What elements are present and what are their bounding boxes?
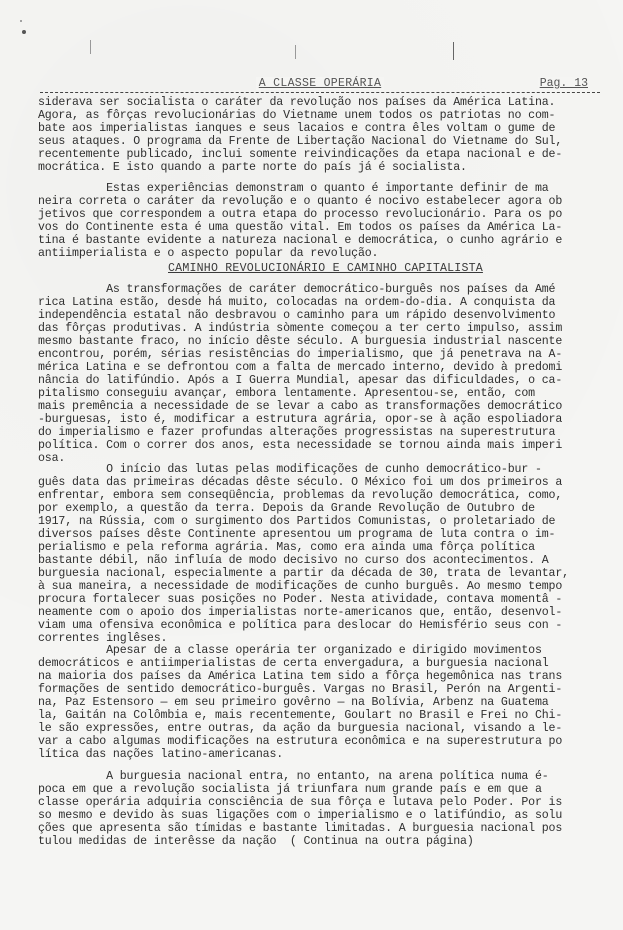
document-page: A CLASSE OPERÁRIA Pag. 13 siderava ser s…	[0, 0, 623, 930]
text-line: 1917, na Rússia, com o surgimento dos Pa…	[38, 515, 555, 528]
text-line: enfrentar, embora sem conseqüência, prob…	[38, 489, 562, 502]
text-line: A burguesia nacional entra, no entanto, …	[38, 770, 549, 783]
text-line: lítica das nações latino-americanas.	[38, 748, 283, 761]
text-line: guês data das primeiras décadas dêste sé…	[38, 476, 562, 489]
text-line: -burguesas, isto é, modificar a estrutur…	[38, 413, 562, 426]
text-line: por exemplo, a questão da terra. Depois …	[38, 502, 535, 515]
text-line: jetivos que correspondem a outra etapa d…	[38, 208, 562, 221]
text-line: As transformações de caráter democrático…	[38, 283, 555, 296]
text-line: à sua maneira, a necessidade de modifica…	[38, 580, 562, 593]
text-line: democráticos e antiimperialistas de cert…	[38, 657, 549, 670]
publication-title: A CLASSE OPERÁRIA	[256, 77, 384, 90]
text-line: mérica Latina e se defrontou com a falta…	[38, 361, 562, 374]
text-line: independência estatal não desbravou o ca…	[38, 309, 555, 322]
text-line: Estas experiências demonstram o quanto é…	[38, 182, 549, 195]
text-line: bastante débil, não influía de modo deci…	[38, 554, 549, 567]
text-line: procura fortalecer suas posições no Pode…	[38, 593, 562, 606]
text-line: Agora, as fôrças revolucionárias do Viet…	[38, 109, 555, 122]
text-line: na maioria dos países da América Latina …	[38, 670, 562, 683]
header-rule	[40, 92, 600, 93]
scan-mark	[295, 45, 296, 59]
text-line: poca em que a revolução socialista já tr…	[38, 783, 542, 796]
text-line: mesmo bastante fraco, no início dêste sé…	[38, 335, 562, 348]
text-line: pitalismo conseguiu avançar, embora lent…	[38, 387, 535, 400]
scan-mark	[90, 40, 91, 54]
page-header: A CLASSE OPERÁRIA Pag. 13	[40, 80, 600, 96]
text-line: das fôrças produtivas. A indústria sòmen…	[38, 322, 562, 335]
text-line: seus ataques. O programa da Frente de Li…	[38, 135, 562, 148]
text-line: neira correta o caráter da revolução e o…	[38, 195, 562, 208]
text-line: la, Gaitán na Colômbia e, mais recenteme…	[38, 709, 562, 722]
text-line: classe operária adquiria consciência de …	[38, 796, 562, 809]
text-line: perialismo e pela reforma agrária. Mas, …	[38, 541, 535, 554]
text-line: mais premência a necessidade de se levar…	[38, 400, 562, 413]
text-line: mocrática. E isto quando a parte norte d…	[38, 161, 467, 174]
text-line: Apesar de a classe operária ter organiza…	[38, 644, 542, 657]
scan-speck	[22, 30, 26, 34]
text-line: viam uma ofensiva econômica e política p…	[38, 619, 562, 632]
page-number: Pag. 13	[538, 77, 590, 90]
text-line: recentemente publicado, inclui somente r…	[38, 148, 562, 161]
text-line: do imperialismo e fazer profundas altera…	[38, 426, 555, 439]
text-line: tina é bastante evidente a natureza naci…	[38, 234, 562, 247]
text-line: tulou medidas de interêsse da nação ( Co…	[38, 835, 474, 848]
text-line: antiimperialista e o aspecto popular da …	[38, 247, 378, 260]
text-line: siderava ser socialista o caráter da rev…	[38, 96, 555, 109]
text-line: política. Com o correr dos anos, esta ne…	[38, 439, 562, 452]
scan-speck	[20, 20, 22, 22]
text-line: so mesmo e devido às suas ligações com o…	[38, 809, 562, 822]
text-line: diversos países dêste Continente apresen…	[38, 528, 555, 541]
section-heading: CAMINHO REVOLUCIONÁRIO E CAMINHO CAPITAL…	[168, 262, 483, 275]
text-line: na, Paz Estensoro — em seu primeiro govê…	[38, 696, 549, 709]
text-line: ções que apresenta são tímidas e bastant…	[38, 822, 562, 835]
text-line: neamente com o apoio dos imperialistas n…	[38, 606, 562, 619]
text-line: O início das lutas pelas modificações de…	[38, 463, 542, 476]
text-line: nância do latifúndio. Após a I Guerra Mu…	[38, 374, 562, 387]
text-line: vos do Continente esta é uma questão vit…	[38, 221, 562, 234]
text-line: formações de sentido democrático-burguês…	[38, 683, 562, 696]
text-line: le são expressões, entre outras, da ação…	[38, 722, 562, 735]
text-line: burguesia nacional, especialmente a part…	[38, 567, 569, 580]
text-line: rica Latina estão, desde há muito, coloc…	[38, 296, 555, 309]
text-line: bate aos imperialistas ianques e seus la…	[38, 122, 555, 135]
text-line: var a cabo algumas modificações na estru…	[38, 735, 562, 748]
scan-mark	[453, 42, 454, 60]
text-line: encontrou, porém, sérias resistências do…	[38, 348, 562, 361]
